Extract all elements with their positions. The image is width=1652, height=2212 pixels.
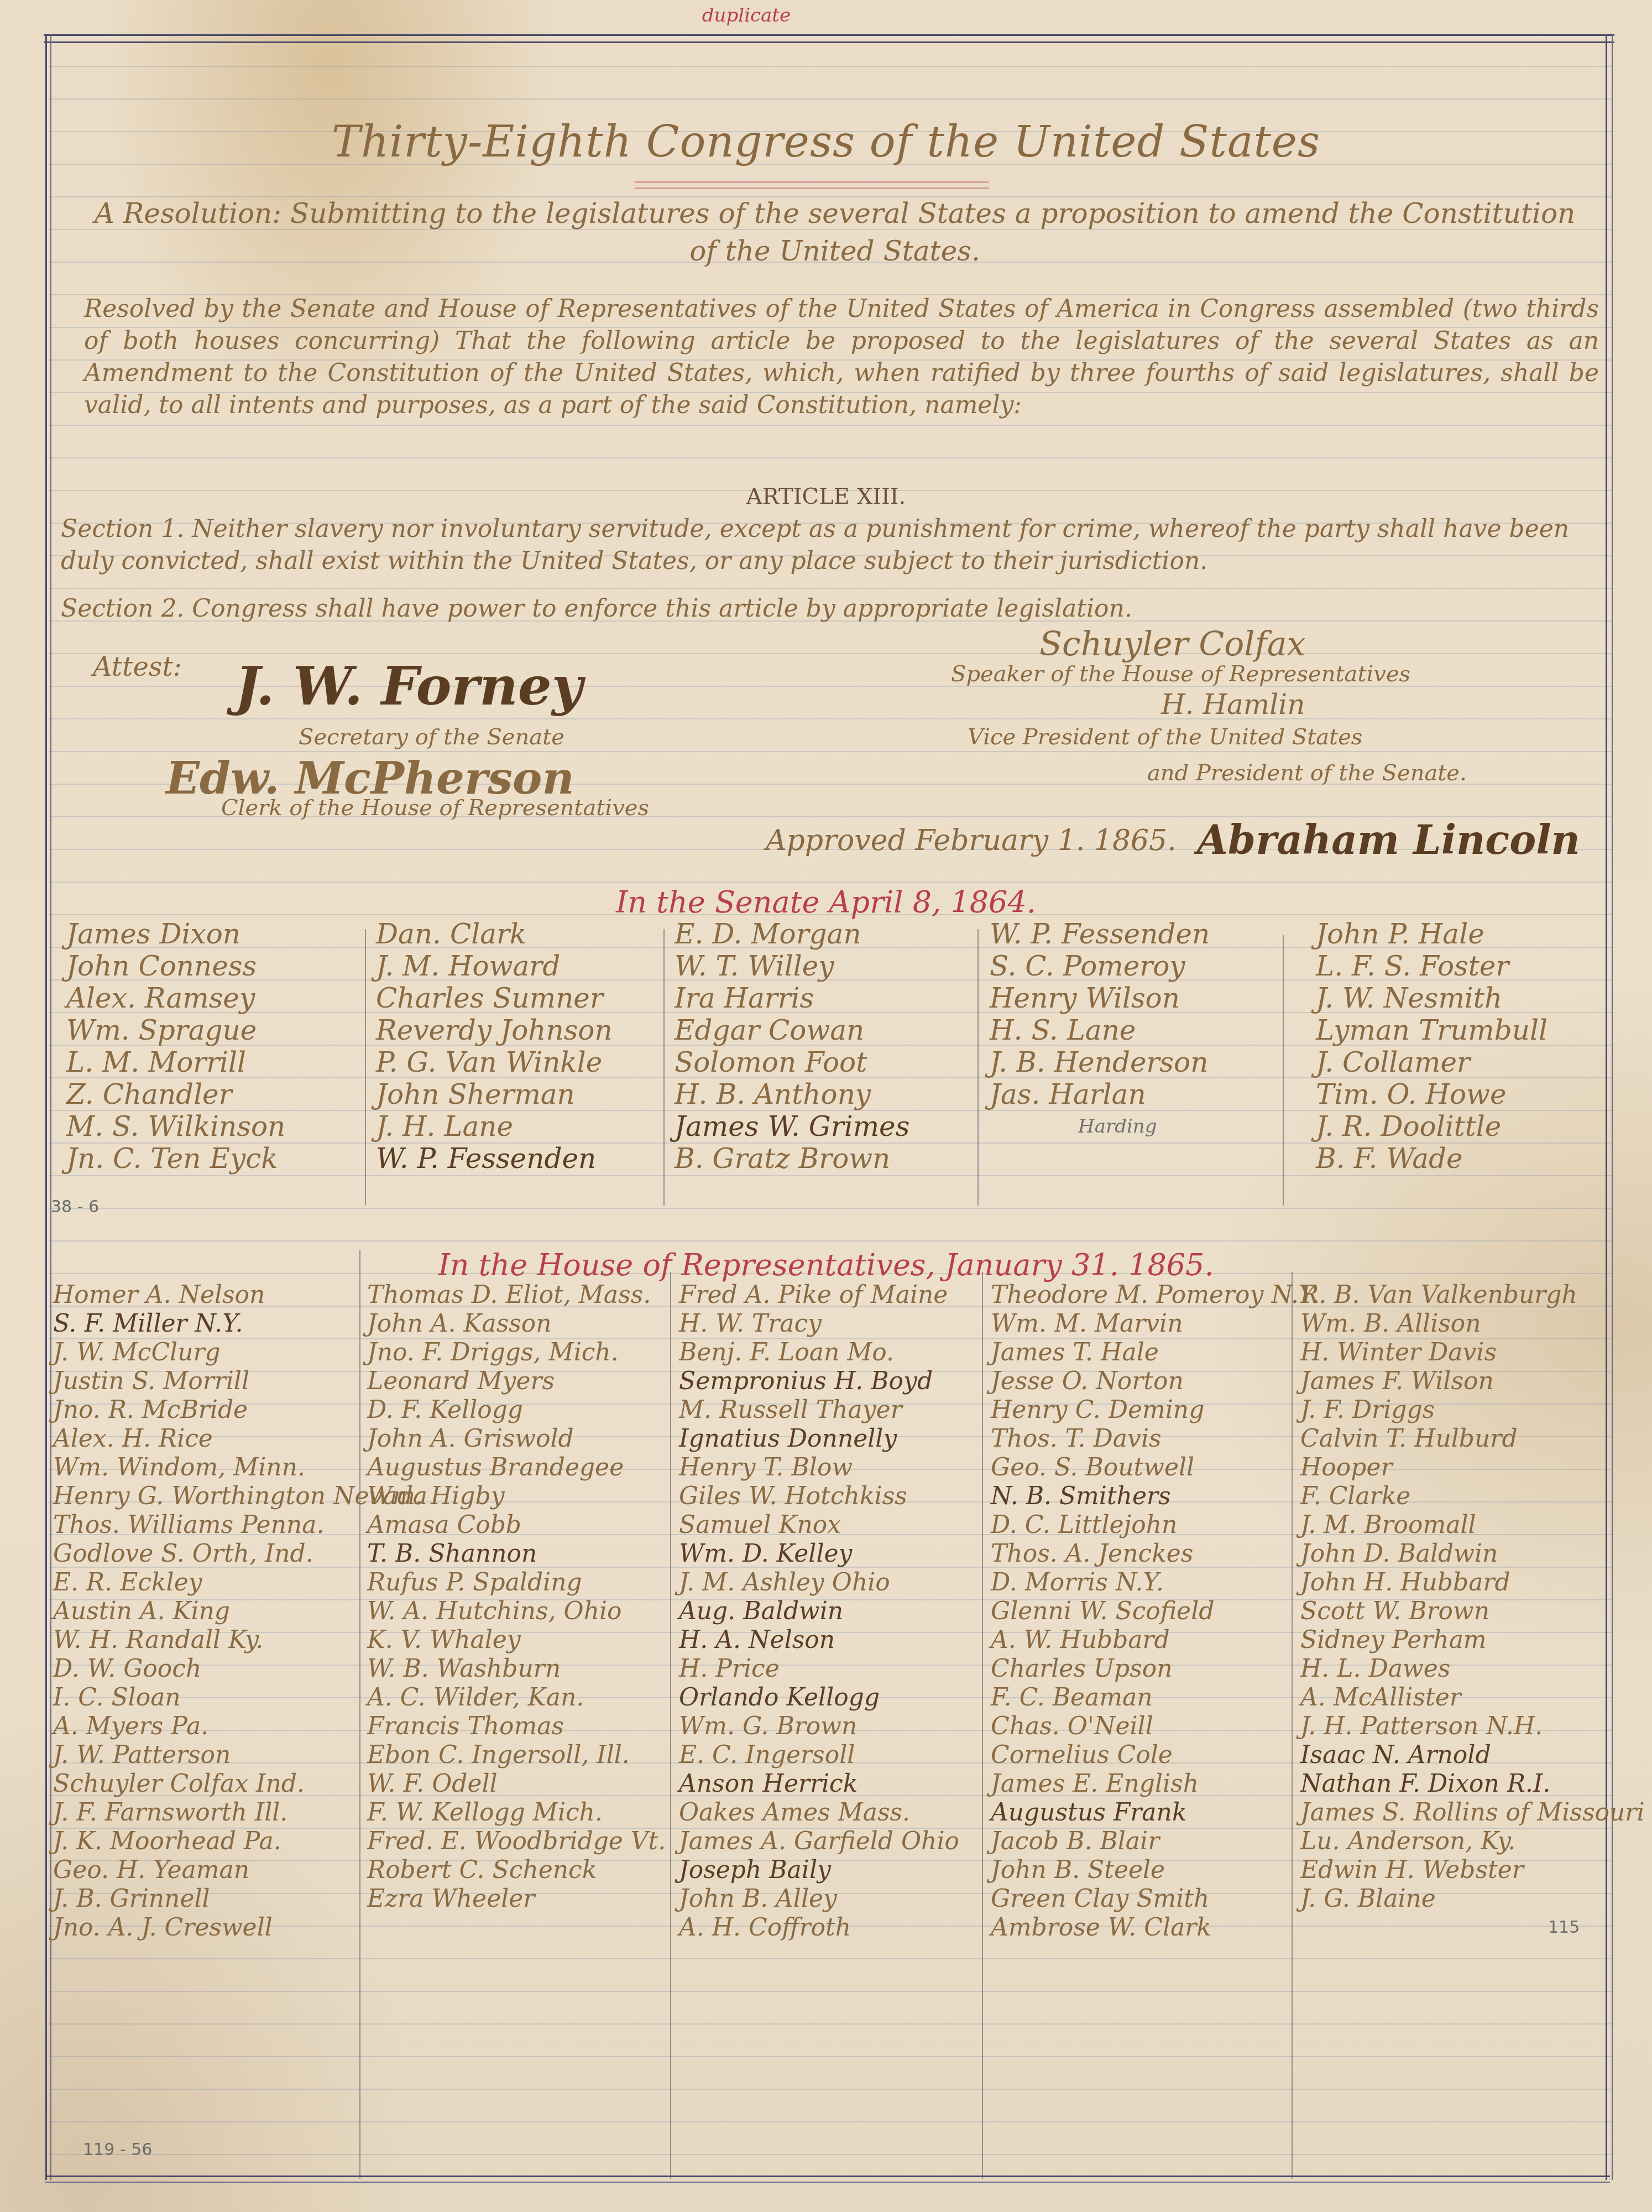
representative-signature: Wm. Higby bbox=[367, 1482, 666, 1511]
president-signature: Abraham Lincoln bbox=[1197, 816, 1580, 863]
representative-signature: W. B. Washburn bbox=[367, 1655, 666, 1683]
senator-signature: Lyman Trumbull bbox=[1316, 1014, 1548, 1046]
document-sheet: duplicate Thirty-Eighth Congress of the … bbox=[0, 0, 1652, 2212]
representative-signature: Robert C. Schenck bbox=[367, 1856, 666, 1885]
representative-signature: John B. Steele bbox=[991, 1856, 1319, 1885]
representative-signature: Jacob B. Blair bbox=[991, 1827, 1319, 1856]
representative-signature: Charles Upson bbox=[991, 1655, 1319, 1683]
house-vote-tally: 119 - 56 bbox=[83, 2140, 152, 2159]
representative-signature: F. Clarke bbox=[1300, 1482, 1644, 1511]
senator-signature: Z. Chandler bbox=[66, 1078, 285, 1110]
representative-signature: J. M. Ashley Ohio bbox=[679, 1568, 959, 1597]
representative-signature: James F. Wilson bbox=[1300, 1367, 1644, 1396]
representative-signature: Leonard Myers bbox=[367, 1367, 666, 1396]
senate-header: In the Senate April 8, 1864. bbox=[0, 885, 1652, 920]
border-bottom bbox=[45, 2176, 1610, 2183]
senator-signature: Tim. O. Howe bbox=[1316, 1078, 1548, 1110]
senate-column-divider bbox=[1283, 935, 1284, 1206]
resolved-clause: Resolved by the Senate and House of Repr… bbox=[84, 293, 1599, 421]
senator-signature: J. R. Doolittle bbox=[1316, 1110, 1548, 1142]
senator-signature: P. G. Van Winkle bbox=[376, 1046, 613, 1078]
document-title: Thirty-Eighth Congress of the United Sta… bbox=[0, 117, 1652, 167]
representative-signature: J. H. Patterson N.H. bbox=[1300, 1712, 1644, 1741]
senator-signature: M. S. Wilkinson bbox=[66, 1110, 285, 1142]
representative-signature: Isaac N. Arnold bbox=[1300, 1741, 1644, 1770]
senator-signature: Wm. Sprague bbox=[66, 1014, 285, 1046]
clerk-title: Clerk of the House of Representatives bbox=[221, 795, 649, 821]
senate-column-1: James Dixon John Conness Alex. Ramsey Wm… bbox=[66, 918, 285, 1175]
representative-signature: Nathan F. Dixon R.I. bbox=[1300, 1770, 1644, 1798]
senate-column-3: E. D. Morgan W. T. Willey Ira Harris Edg… bbox=[675, 918, 909, 1175]
vice-president-signature: H. Hamlin bbox=[1161, 688, 1305, 721]
section-2-text: Section 2. Congress shall have power to … bbox=[61, 593, 1603, 625]
representative-signature: John D. Baldwin bbox=[1300, 1540, 1644, 1568]
senator-signature: L. M. Morrill bbox=[66, 1046, 285, 1078]
representative-signature: Geo. S. Boutwell bbox=[991, 1453, 1319, 1482]
senator-signature: B. F. Wade bbox=[1316, 1142, 1548, 1175]
senator-signature: John P. Hale bbox=[1316, 918, 1548, 950]
house-column-divider bbox=[982, 1272, 983, 2179]
representative-signature: Benj. F. Loan Mo. bbox=[679, 1338, 959, 1367]
representative-signature: Jesse O. Norton bbox=[991, 1367, 1319, 1396]
senator-signature: J. H. Lane bbox=[376, 1110, 613, 1142]
senator-signature: J. W. Nesmith bbox=[1316, 982, 1548, 1014]
representative-signature: E. C. Ingersoll bbox=[679, 1741, 959, 1770]
senate-column-4: W. P. Fessenden S. C. Pomeroy Henry Wils… bbox=[990, 918, 1210, 1142]
senator-signature: Charles Sumner bbox=[376, 982, 613, 1014]
border-top bbox=[44, 34, 1614, 43]
representative-signature: Ebon C. Ingersoll, Ill. bbox=[367, 1741, 666, 1770]
house-column-2: Thomas D. Eliot, Mass. John A. Kasson Jn… bbox=[367, 1281, 666, 1913]
senator-signature: H. S. Lane bbox=[990, 1014, 1210, 1046]
house-column-3: Fred A. Pike of Maine H. W. Tracy Benj. … bbox=[679, 1281, 959, 1942]
representative-signature: Jno. A. J. Creswell bbox=[53, 1913, 427, 1942]
senator-signature: Ira Harris bbox=[675, 982, 909, 1014]
representative-signature: Calvin T. Hulburd bbox=[1300, 1425, 1644, 1453]
representative-signature: Lu. Anderson, Ky. bbox=[1300, 1827, 1644, 1856]
representative-signature: M. Russell Thayer bbox=[679, 1396, 959, 1425]
senator-signature: Reverdy Johnson bbox=[376, 1014, 613, 1046]
senator-signature: W. T. Willey bbox=[675, 950, 909, 982]
representative-signature: J. G. Blaine bbox=[1300, 1885, 1644, 1913]
representative-signature: Thomas D. Eliot, Mass. bbox=[367, 1281, 666, 1310]
representative-signature: Ambrose W. Clark bbox=[991, 1913, 1319, 1942]
representative-signature: James T. Hale bbox=[991, 1338, 1319, 1367]
representative-signature: H. L. Dawes bbox=[1300, 1655, 1644, 1683]
senator-signature: Solomon Foot bbox=[675, 1046, 909, 1078]
representative-signature: H. A. Nelson bbox=[679, 1626, 959, 1655]
representative-signature: Oakes Ames Mass. bbox=[679, 1798, 959, 1827]
representative-signature: Wm. G. Brown bbox=[679, 1712, 959, 1741]
representative-signature: Anson Herrick bbox=[679, 1770, 959, 1798]
senator-signature: H. B. Anthony bbox=[675, 1078, 909, 1110]
representative-signature: A. H. Coffroth bbox=[679, 1913, 959, 1942]
title-underline bbox=[635, 181, 989, 189]
house-column-5: R. B. Van Valkenburgh Wm. B. Allison H. … bbox=[1300, 1281, 1644, 1913]
senate-column-divider bbox=[663, 929, 665, 1206]
representative-signature: James A. Garfield Ohio bbox=[679, 1827, 959, 1856]
senator-signature: John Conness bbox=[66, 950, 285, 982]
house-column-4: Theodore M. Pomeroy N.Y. Wm. M. Marvin J… bbox=[991, 1281, 1319, 1942]
representative-signature: F. C. Beaman bbox=[991, 1683, 1319, 1712]
senator-signature: J. B. Henderson bbox=[990, 1046, 1210, 1078]
senator-signature: James Dixon bbox=[66, 918, 285, 950]
representative-signature: R. B. Van Valkenburgh bbox=[1300, 1281, 1644, 1310]
representative-signature: Augustus Frank bbox=[991, 1798, 1319, 1827]
representative-signature: Augustus Brandegee bbox=[367, 1453, 666, 1482]
duplicate-annotation: duplicate bbox=[663, 4, 829, 27]
representative-signature: Henry T. Blow bbox=[679, 1453, 959, 1482]
senator-signature: J. M. Howard bbox=[376, 950, 613, 982]
senator-signature: W. P. Fessenden bbox=[990, 918, 1210, 950]
speaker-title: Speaker of the House of Representatives bbox=[951, 661, 1410, 687]
page-number-note: 115 bbox=[1548, 1918, 1580, 1937]
representative-signature: Jno. F. Driggs, Mich. bbox=[367, 1338, 666, 1367]
senator-signature: S. C. Pomeroy bbox=[990, 950, 1210, 982]
representative-signature: Wm. D. Kelley bbox=[679, 1540, 959, 1568]
senator-signature: E. D. Morgan bbox=[675, 918, 909, 950]
senator-signature: Jn. C. Ten Eyck bbox=[66, 1142, 285, 1175]
senator-signature: Edgar Cowan bbox=[675, 1014, 909, 1046]
senator-signature: Jas. Harlan bbox=[990, 1078, 1210, 1110]
vice-president-title-line1: Vice President of the United States bbox=[968, 724, 1362, 750]
representative-signature: Thos. T. Davis bbox=[991, 1425, 1319, 1453]
vice-president-title-line2: and President of the Senate. bbox=[1147, 760, 1467, 786]
senator-signature: J. Collamer bbox=[1316, 1046, 1548, 1078]
representative-signature: Wm. B. Allison bbox=[1300, 1310, 1644, 1338]
senate-column-divider bbox=[365, 929, 366, 1206]
representative-signature: J. F. Driggs bbox=[1300, 1396, 1644, 1425]
representative-signature: Henry C. Deming bbox=[991, 1396, 1319, 1425]
representative-signature: Rufus P. Spalding bbox=[367, 1568, 666, 1597]
representative-signature: Green Clay Smith bbox=[991, 1885, 1319, 1913]
representative-signature: A. C. Wilder, Kan. bbox=[367, 1683, 666, 1712]
section-1-text: Section 1. Neither slavery nor involunta… bbox=[61, 513, 1603, 577]
senator-signature: James W. Grimes bbox=[675, 1110, 909, 1142]
representative-signature: Ignatius Donnelly bbox=[679, 1425, 959, 1453]
representative-signature: John A. Kasson bbox=[367, 1310, 666, 1338]
representative-signature: Amasa Cobb bbox=[367, 1511, 666, 1540]
representative-signature: John H. Hubbard bbox=[1300, 1568, 1644, 1597]
senate-column-divider bbox=[977, 929, 979, 1206]
senator-signature: John Sherman bbox=[376, 1078, 613, 1110]
secretary-title: Secretary of the Senate bbox=[299, 724, 564, 750]
representative-signature: Thos. A. Jenckes bbox=[991, 1540, 1319, 1568]
representative-signature: N. B. Smithers bbox=[991, 1482, 1319, 1511]
senator-signature: W. P. Fessenden bbox=[376, 1142, 613, 1175]
representative-signature: W. A. Hutchins, Ohio bbox=[367, 1597, 666, 1626]
representative-signature: Aug. Baldwin bbox=[679, 1597, 959, 1626]
representative-signature: Glenni W. Scofield bbox=[991, 1597, 1319, 1626]
pencil-name-annotation: Harding bbox=[990, 1110, 1210, 1142]
representative-signature: T. B. Shannon bbox=[367, 1540, 666, 1568]
representative-signature: H. W. Tracy bbox=[679, 1310, 959, 1338]
border-left bbox=[45, 34, 51, 2180]
representative-signature: F. W. Kellogg Mich. bbox=[367, 1798, 666, 1827]
representative-signature: Joseph Baily bbox=[679, 1856, 959, 1885]
attest-label: Attest: bbox=[93, 651, 182, 682]
article-heading: ARTICLE XIII. bbox=[0, 484, 1652, 509]
representative-signature: John A. Griswold bbox=[367, 1425, 666, 1453]
representative-signature: J. M. Broomall bbox=[1300, 1511, 1644, 1540]
secretary-signature: J. W. Forney bbox=[235, 655, 583, 717]
representative-signature: Theodore M. Pomeroy N.Y. bbox=[991, 1281, 1319, 1310]
senator-signature: Dan. Clark bbox=[376, 918, 613, 950]
representative-signature: W. F. Odell bbox=[367, 1770, 666, 1798]
representative-signature: A. W. Hubbard bbox=[991, 1626, 1319, 1655]
representative-signature: D. C. Littlejohn bbox=[991, 1511, 1319, 1540]
senate-column-5: John P. Hale L. F. S. Foster J. W. Nesmi… bbox=[1316, 918, 1548, 1175]
representative-signature: H. Price bbox=[679, 1655, 959, 1683]
house-header: In the House of Representatives, January… bbox=[0, 1248, 1652, 1282]
representative-signature: Edwin H. Webster bbox=[1300, 1856, 1644, 1885]
representative-signature: Cornelius Cole bbox=[991, 1741, 1319, 1770]
representative-signature: A. McAllister bbox=[1300, 1683, 1644, 1712]
representative-signature: Wm. M. Marvin bbox=[991, 1310, 1319, 1338]
representative-signature: D. F. Kellogg bbox=[367, 1396, 666, 1425]
speaker-signature: Schuyler Colfax bbox=[1039, 625, 1305, 664]
senate-column-2: Dan. Clark J. M. Howard Charles Sumner R… bbox=[376, 918, 613, 1175]
representative-signature: K. V. Whaley bbox=[367, 1626, 666, 1655]
representative-signature: John B. Alley bbox=[679, 1885, 959, 1913]
representative-signature: Samuel Knox bbox=[679, 1511, 959, 1540]
representative-signature: Hooper bbox=[1300, 1453, 1644, 1482]
representative-signature: Chas. O'Neill bbox=[991, 1712, 1319, 1741]
representative-signature: Scott W. Brown bbox=[1300, 1597, 1644, 1626]
senator-signature: Henry Wilson bbox=[990, 982, 1210, 1014]
senator-signature: Alex. Ramsey bbox=[66, 982, 285, 1014]
representative-signature: Francis Thomas bbox=[367, 1712, 666, 1741]
representative-signature: Fred A. Pike of Maine bbox=[679, 1281, 959, 1310]
resolution-subtitle: A Resolution: Submitting to the legislat… bbox=[77, 195, 1592, 270]
representative-signature: H. Winter Davis bbox=[1300, 1338, 1644, 1367]
representative-signature: James S. Rollins of Missouri bbox=[1300, 1798, 1644, 1827]
representative-signature: James E. English bbox=[991, 1770, 1319, 1798]
representative-signature: D. Morris N.Y. bbox=[991, 1568, 1319, 1597]
approval-date: Approved February 1. 1865. bbox=[766, 824, 1177, 857]
representative-signature: Giles W. Hotchkiss bbox=[679, 1482, 959, 1511]
representative-signature: Orlando Kellogg bbox=[679, 1683, 959, 1712]
representative-signature: Fred. E. Woodbridge Vt. bbox=[367, 1827, 666, 1856]
senator-signature: L. F. S. Foster bbox=[1316, 950, 1548, 982]
house-column-divider bbox=[670, 1272, 671, 2179]
representative-signature: Sempronius H. Boyd bbox=[679, 1367, 959, 1396]
representative-signature: Ezra Wheeler bbox=[367, 1885, 666, 1913]
senate-vote-tally: 38 - 6 bbox=[51, 1197, 99, 1217]
representative-signature: Sidney Perham bbox=[1300, 1626, 1644, 1655]
senator-signature: B. Gratz Brown bbox=[675, 1142, 909, 1175]
